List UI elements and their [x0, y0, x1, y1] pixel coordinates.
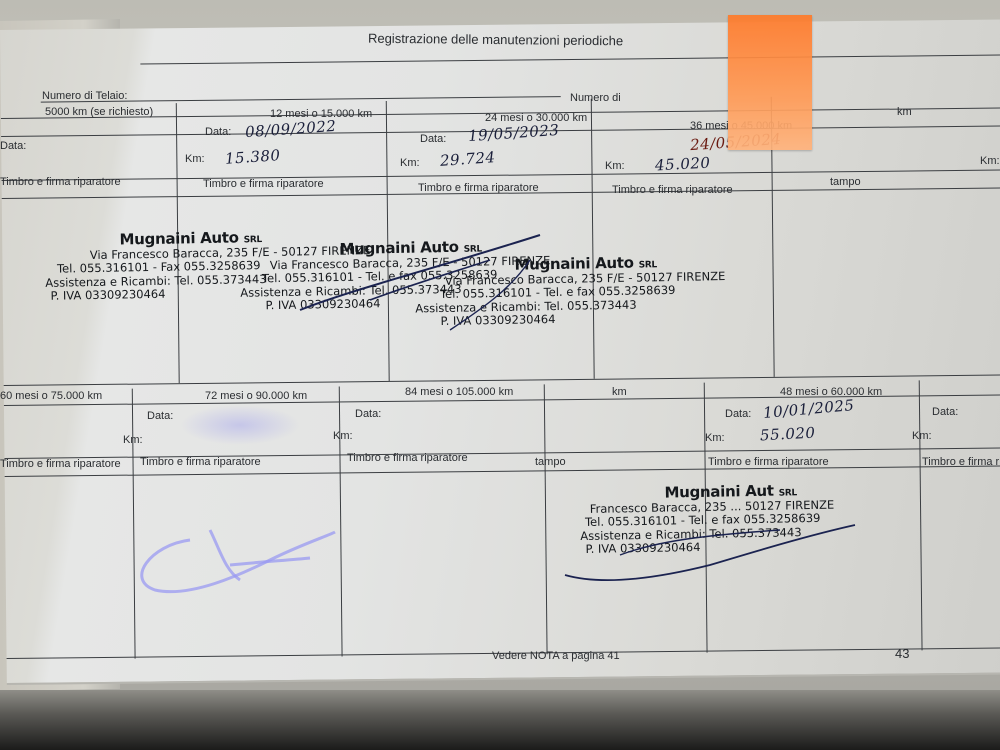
service-km-entry: 45.020	[655, 154, 711, 175]
orange-bookmark-tab	[728, 15, 812, 150]
stamp-sign-label: Timbro e firma riparatore	[0, 176, 121, 188]
page-number: 43	[895, 646, 909, 661]
date-label: Data:	[725, 408, 751, 420]
page-title: Registrazione delle manutenzioni periodi…	[368, 31, 623, 49]
interval-heading: km	[612, 386, 627, 398]
date-label: Data:	[420, 133, 446, 145]
km-label: Km:	[912, 430, 932, 442]
stamp-sign-label: Timbro e firma riparatore	[347, 452, 468, 464]
km-label: Km:	[123, 434, 143, 446]
km-label: Km:	[333, 430, 353, 442]
date-label: Data:	[355, 408, 381, 420]
stamp-sign-label-truncated: tampo	[830, 176, 861, 188]
stamp-sign-label: Timbro e firma riparatore	[922, 456, 1000, 468]
stamp-sign-label: Timbro e firma riparatore	[203, 178, 324, 190]
date-label: Data:	[932, 406, 958, 418]
service-km-entry: 55.020	[760, 424, 816, 445]
cell-divider	[544, 384, 548, 654]
stamp-sign-label-truncated: tampo	[535, 456, 566, 468]
service-km-entry: 29.724	[439, 148, 496, 170]
signature-scribble	[560, 520, 860, 590]
cell-divider	[919, 380, 923, 650]
stamp-sign-label: Timbro e firma riparatore	[708, 456, 829, 468]
km-label: Km:	[400, 157, 420, 169]
service-km-entry: 15.380	[224, 146, 281, 168]
interval-heading: km	[897, 106, 912, 118]
faint-ink-mark	[180, 405, 300, 445]
date-label: Data:	[147, 410, 173, 422]
signature-scribble	[290, 230, 550, 340]
cell-divider	[591, 99, 595, 379]
interval-heading: 84 mesi o 105.000 km	[405, 386, 513, 398]
stamp-sign-label: Timbro e firma riparatore	[0, 458, 121, 470]
date-label: Data:	[0, 140, 26, 152]
km-label: Km:	[605, 160, 625, 172]
footnote: Vedere NOTA a pagina 41	[492, 650, 620, 662]
interval-heading: 72 mesi o 90.000 km	[205, 390, 307, 402]
stamp-sign-label: Timbro e firma riparatore	[612, 184, 733, 196]
interval-heading: 48 mesi o 60.000 km	[780, 386, 882, 398]
km-label: Km:	[980, 155, 1000, 167]
date-label: Data:	[205, 126, 231, 138]
km-label: Km:	[705, 432, 725, 444]
km-label: Km:	[185, 153, 205, 165]
interval-heading: 60 mesi o 75.000 km	[0, 390, 102, 402]
table-surface	[0, 690, 1000, 750]
stamp-sign-label: Timbro e firma riparatore	[418, 182, 539, 194]
chassis-number-label: Numero di Telaio:	[42, 90, 127, 102]
faint-signature	[130, 520, 340, 600]
interval-heading: 5000 km (se richiesto)	[45, 106, 153, 118]
rule	[4, 375, 1000, 386]
rule	[140, 55, 1000, 65]
chassis-number-label-right: Numero di	[570, 92, 621, 104]
stamp-sign-label: Timbro e firma riparatore	[140, 456, 261, 468]
